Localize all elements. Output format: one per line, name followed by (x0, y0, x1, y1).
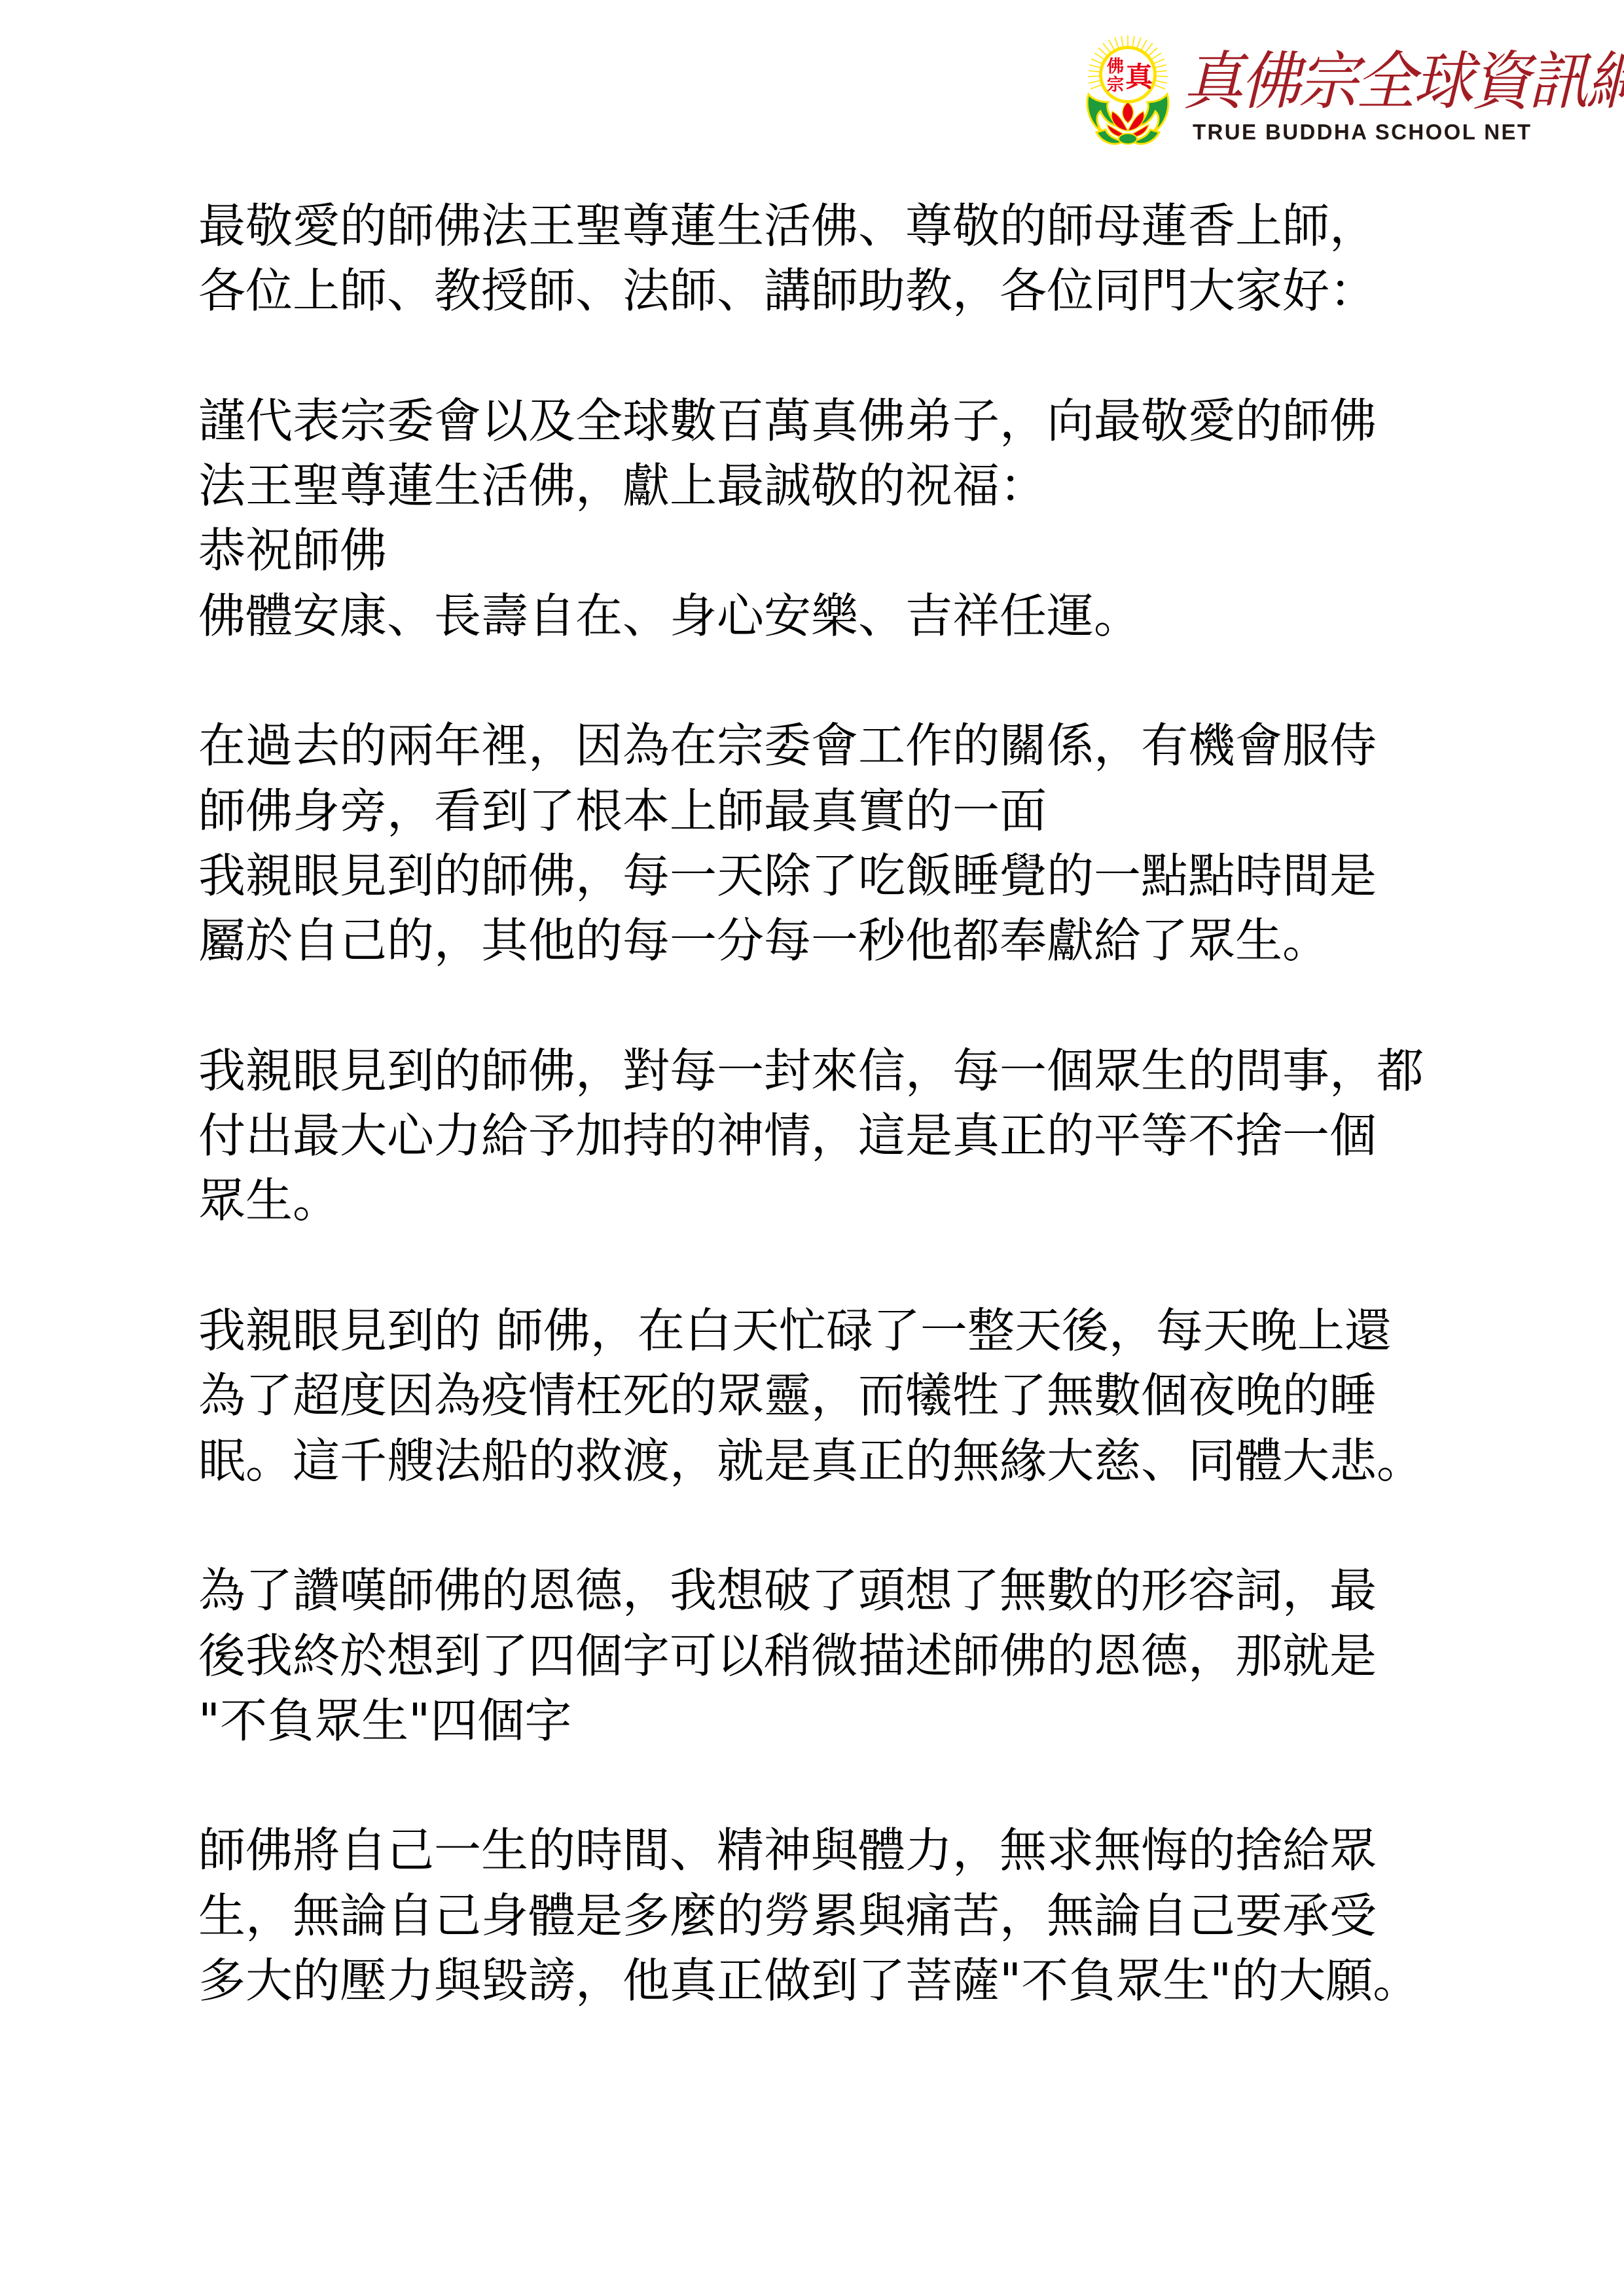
text-line: 我親眼見到的師佛，對每一封來信，每一個眾生的問事，都 (198, 1039, 1442, 1103)
text-line: 生，無論自己身體是多麼的勞累與痛苦，無論自己要承受 (198, 1884, 1442, 1948)
text-line: 為了讚嘆師佛的恩德，我想破了頭想了無數的形容詞，最 (198, 1558, 1442, 1623)
blank-line (198, 1753, 1442, 1818)
blank-line (198, 1234, 1442, 1299)
text-line: 佛體安康、長壽自在、身心安樂、吉祥任運。 (198, 584, 1442, 649)
text-line: 各位上師、教授師、法師、講師助教，各位同門大家好： (198, 259, 1442, 323)
text-line: 我親眼見到的師佛，每一天除了吃飯睡覺的一點點時間是 (198, 844, 1442, 908)
text-line: 多大的壓力與毀謗，他真正做到了菩薩"不負眾生"的大願。 (198, 1948, 1442, 2013)
svg-text:真: 真 (1125, 61, 1154, 93)
text-line: 為了超度因為疫情枉死的眾靈，而犧牲了無數個夜晚的睡 (198, 1363, 1442, 1428)
text-line: 法王聖尊蓮生活佛，獻上最誠敬的祝福： (198, 454, 1442, 518)
text-line: 師佛身旁，看到了根本上師最真實的一面 (198, 779, 1442, 844)
text-line: 恭祝師佛 (198, 518, 1442, 583)
text-line: 眠。這千艘法船的救渡，就是真正的無緣大慈、同體大悲。 (198, 1429, 1442, 1494)
logo-title-english: TRUE BUDDHA SCHOOL NET (1193, 122, 1585, 142)
text-line: 屬於自己的，其他的每一分每一秒他都奉獻給了眾生。 (198, 908, 1442, 973)
text-line: 謹代表宗委會以及全球數百萬真佛弟子，向最敬愛的師佛 (198, 389, 1442, 454)
site-logo: 佛 宗 真 真佛宗全球資訊網 TRUE BUDDHA SCHOOL NET (1083, 34, 1587, 152)
text-line: 眾生。 (198, 1168, 1442, 1233)
text-line: 師佛將自己一生的時間、精神與體力，無求無悔的捨給眾 (198, 1818, 1442, 1883)
document-page: 佛 宗 真 真佛宗全球資訊網 TRUE BUDDHA SCHOOL NET 最敬… (0, 0, 1624, 2296)
text-line: 付出最大心力給予加持的神情，這是真正的平等不捨一個 (198, 1103, 1442, 1168)
blank-line (198, 649, 1442, 713)
svg-text:宗: 宗 (1107, 75, 1124, 95)
blank-line (198, 324, 1442, 389)
svg-text:佛: 佛 (1107, 57, 1124, 77)
text-line: 後我終於想到了四個字可以稍微描述師佛的恩德，那就是 (198, 1624, 1442, 1689)
text-line: 我親眼見到的 師佛，在白天忙碌了一整天後，每天晚上還 (198, 1299, 1442, 1363)
blank-line (198, 974, 1442, 1039)
letter-body: 最敬愛的師佛法王聖尊蓮生活佛、尊敬的師母蓮香上師， 各位上師、教授師、法師、講師… (198, 194, 1442, 2013)
text-line: "不負眾生"四個字 (198, 1689, 1442, 1753)
true-buddha-school-emblem-icon: 佛 宗 真 (1083, 34, 1172, 149)
blank-line (198, 1494, 1442, 1558)
logo-title-chinese: 真佛宗全球資訊網 (1183, 43, 1582, 120)
text-line: 在過去的兩年裡，因為在宗委會工作的關係，有機會服侍 (198, 713, 1442, 778)
text-line: 最敬愛的師佛法王聖尊蓮生活佛、尊敬的師母蓮香上師， (198, 194, 1442, 259)
